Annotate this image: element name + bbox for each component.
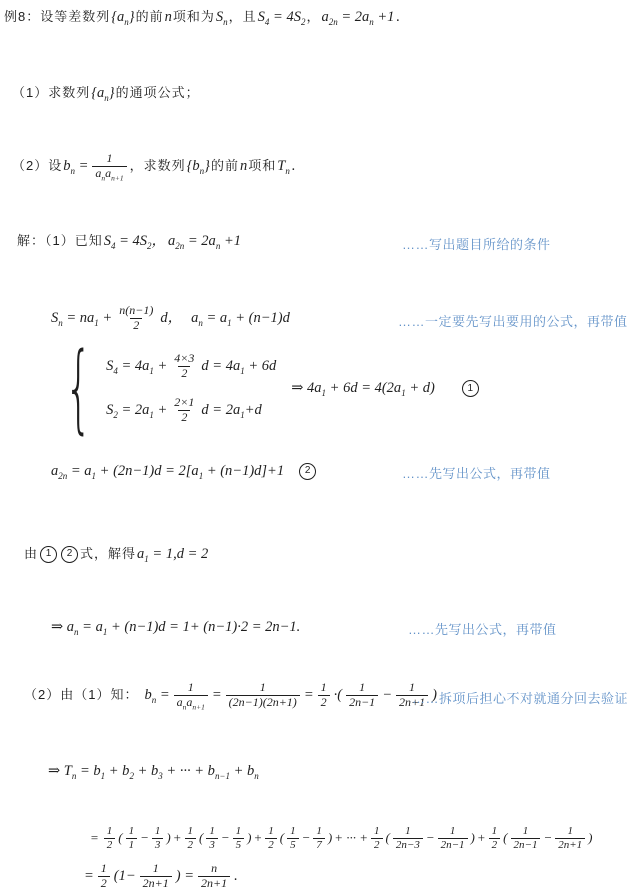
system-rows: S4 = 4a1 + 4×3 2 d = 4a1 + 6d S2 = 2a1 +…	[105, 344, 277, 432]
tn-sum-definition: ⇒ Tn = b1 + b2 + b3 + ··· + bn−1 + bn	[47, 762, 260, 780]
fraction: 12n−1	[511, 825, 541, 850]
solve-a1-d: 由 1 2 式，解得 a1 = 1,d = 2	[24, 545, 209, 563]
fraction: 12	[371, 825, 383, 850]
final-result: = 1 2 (1− 1 2n+1 ) = n 2n+1 .	[83, 856, 239, 895]
equation-system: { S4 = 4a1 + 4×3 2 d = 4a1 + 6d S2 = 2a1…	[48, 344, 481, 432]
fraction: 12n−3	[393, 825, 423, 850]
annotation-formula-then-substitute-1: ……先写出公式，再带值	[402, 463, 551, 482]
fraction: 12	[185, 825, 197, 850]
fraction: n(n−1) 2	[116, 304, 156, 331]
equation-tag-2: 2	[299, 463, 316, 480]
fraction: 12	[489, 825, 501, 850]
fraction: 1 anan+1	[174, 681, 208, 708]
fraction: 12	[104, 825, 116, 850]
system-brace: {	[65, 344, 92, 432]
annotation-write-formula-first: ……一定要先写出要用的公式，再带值	[398, 311, 628, 330]
fraction: 1 2	[98, 862, 110, 889]
bn-decomposition: （2）由（1）知： bn = 1 anan+1 = 1 (2n−1)(2n+1)…	[24, 672, 438, 718]
annotation-formula-then-substitute-2: ……先写出公式，再带值	[408, 619, 557, 638]
fraction: 1 anan+1	[92, 152, 126, 179]
equation-tag-1: 1	[462, 380, 479, 397]
fraction: 17	[313, 825, 325, 850]
fraction: 12n−1	[438, 825, 468, 850]
worksheet-page: 例8：设等差数列 {an} 的前 n 项和为 Sn ，且 S4 = 4S2 ， …	[0, 0, 640, 895]
fraction: 4×3 2	[171, 352, 197, 379]
fraction: 1 2	[318, 681, 330, 708]
ref-tag-2: 2	[61, 546, 78, 563]
fraction: 11	[126, 825, 138, 850]
telescoping-expansion: = 12 ( 11 − 13 ) + 12 ( 13 − 15 ) + 12 (…	[89, 818, 594, 858]
annotation-verify-by-recombining: ……拆项后担心不对就通分回去验证	[412, 688, 628, 707]
fraction: 13	[152, 825, 164, 850]
problem-label: 例8：设等差数列	[4, 9, 110, 25]
question-1: （1）求数列 {an} 的通项公式；	[12, 84, 200, 102]
fraction: 15	[233, 825, 245, 850]
problem-statement: 例8：设等差数列 {an} 的前 n 项和为 Sn ，且 S4 = 4S2 ， …	[4, 8, 401, 26]
system-row-s2: S2 = 2a1 + 2×1 2 d = 2a1+d	[105, 388, 277, 432]
general-term-result: ⇒ an = a1 + (n−1)d = 1+ (n−1)·2 = 2n−1.	[50, 618, 301, 636]
fraction: 1 (2n−1)(2n+1)	[226, 681, 300, 708]
fraction: 1 2n−1	[346, 681, 378, 708]
seq-an: {an}	[111, 8, 134, 26]
solution-given: 解：（1）已知 S4 = 4S2， a2n = 2an +1	[17, 232, 242, 250]
fraction: 1 2n+1	[140, 862, 172, 889]
fraction: 12n+1	[555, 825, 585, 850]
fraction: n 2n+1	[198, 862, 230, 889]
system-row-s4: S4 = 4a1 + 4×3 2 d = 4a1 + 6d	[105, 344, 277, 388]
fraction: 2×1 2	[171, 396, 197, 423]
fraction: 12	[265, 825, 277, 850]
question-2: （2）设 bn = 1 anan+1 ，求数列 {bn} 的前 n 项和 Tn …	[12, 146, 296, 186]
implication-equation: ⇒ 4a1 + 6d = 4(2a1 + d)	[291, 380, 435, 397]
fraction: 15	[287, 825, 299, 850]
ref-tag-1: 1	[40, 546, 57, 563]
annotation-given-conditions: ……写出题目所给的条件	[402, 234, 551, 253]
fraction: 13	[206, 825, 218, 850]
a2n-expansion: a2n = a1 + (2n−1)d = 2[a1 + (n−1)d]+1 2	[50, 462, 318, 480]
